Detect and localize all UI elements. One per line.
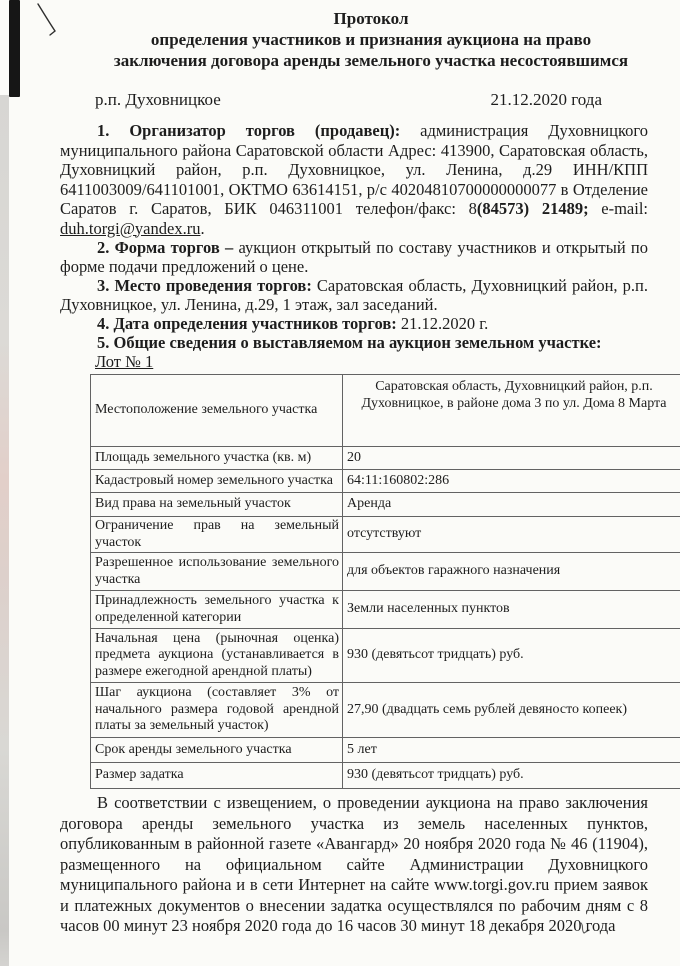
scan-edge-grey-strip [0,95,9,966]
lot-details-table: Местоположение земельного участка Сарато… [90,374,680,789]
section-organizer: 1. Организатор торгов (продавец): админи… [60,121,648,238]
section-general-info: 5. Общие сведения о выставляемом на аукц… [60,333,648,352]
section-organizer-heading: 1. Организатор торгов (продавец): [97,121,420,140]
row-value: Саратовская область, Духовницкий район, … [343,375,680,447]
document-title: Протокол определения участников и призна… [60,8,648,71]
table-row-area: Площадь земельного участка (кв. м) 20 [91,447,680,470]
pen-mark-icon [34,2,62,42]
scanned-protocol-page: Протокол определения участников и призна… [0,0,680,966]
document-body: Протокол определения участников и призна… [60,8,648,937]
row-value: 930 (девятьсот тридцать) руб. [343,763,680,789]
row-value: 5 лет [343,738,680,763]
table-row-permitted-use: Разрешенное использование земельного уча… [91,553,680,591]
row-value: 27,90 (двадцать семь рублей девяносто ко… [343,683,680,738]
row-label: Вид права на земельный участок [91,493,343,517]
table-row-cadastral-number: Кадастровый номер земельного участка 64:… [91,470,680,493]
place-label: р.п. Духовницкое [95,89,221,110]
title-line-2: определения участников и признания аукци… [94,29,648,50]
row-label: Принадлежность земельного участка к опре… [91,591,343,629]
section-participants-date-text: 21.12.2020 г. [401,314,488,333]
closing-paragraph: В соответствии с извещением, о проведени… [60,793,648,937]
row-label: Разрешенное использование земельного уча… [91,553,343,591]
place-date-row: р.п. Духовницкое 21.12.2020 года [60,89,648,110]
row-value: Аренда [343,493,680,517]
email-address: duh.torgi@yandex.ru [60,219,200,238]
sentence-period: . [200,219,204,238]
section-venue: 3. Место проведения торгов: Саратовская … [60,276,648,314]
row-label: Кадастровый номер земельного участка [91,470,343,493]
date-label: 21.12.2020 года [490,89,602,110]
table-row-location: Местоположение земельного участка Сарато… [91,375,680,447]
row-label: Местоположение земельного участка [91,375,343,447]
row-value: 64:11:160802:286 [343,470,680,493]
section-general-info-heading: 5. Общие сведения о выставляемом на аукц… [97,333,602,352]
row-label: Начальная цена (рыночная оценка) предмет… [91,629,343,683]
table-row-right-type: Вид права на земельный участок Аренда [91,493,680,517]
row-label: Шаг аукциона (составляет 3% от начальног… [91,683,343,738]
row-value: 930 (девятьсот тридцать) руб. [343,629,680,683]
row-value: 20 [343,447,680,470]
section-participants-date-heading: 4. Дата определения участников торгов: [97,314,401,333]
row-label: Ограничение прав на земельный участок [91,517,343,553]
section-auction-form-heading: 2. Форма торгов – [97,238,239,257]
row-value: Земли населенных пунктов [343,591,680,629]
email-prefix: e-mail: [589,199,648,218]
section-auction-form: 2. Форма торгов – аукцион открытый по со… [60,238,648,276]
lot-number-label: Лот № 1 [60,352,648,371]
row-value: для объектов гаражного назначения [343,553,680,591]
row-label: Площадь земельного участка (кв. м) [91,447,343,470]
title-line-1: Протокол [94,8,648,29]
table-row-deposit: Размер задатка 930 (девятьсот тридцать) … [91,763,680,789]
phone-number: (84573) 21489; [477,199,589,218]
row-label: Срок аренды земельного участка [91,738,343,763]
table-row-auction-step: Шаг аукциона (составляет 3% от начальног… [91,683,680,738]
table-row-starting-price: Начальная цена (рыночная оценка) предмет… [91,629,680,683]
section-venue-heading: 3. Место проведения торгов: [97,276,317,295]
row-label: Размер задатка [91,763,343,789]
table-row-lease-term: Срок аренды земельного участка 5 лет [91,738,680,763]
section-participants-date: 4. Дата определения участников торгов: 2… [60,314,648,333]
row-value: отсутствуют [343,517,680,553]
scan-edge-dark-strip [9,0,20,97]
title-line-3: заключения договора аренды земельного уч… [94,50,648,71]
table-row-land-category: Принадлежность земельного участка к опре… [91,591,680,629]
table-row-restrictions: Ограничение прав на земельный участок от… [91,517,680,553]
